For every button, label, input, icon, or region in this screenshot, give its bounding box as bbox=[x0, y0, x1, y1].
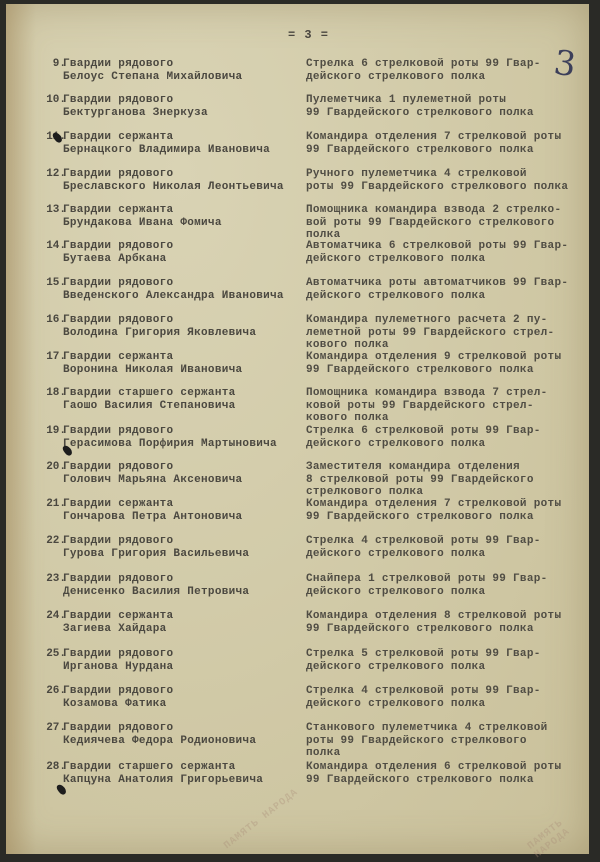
entry-role: Командира отделения 7 стрелковой роты 99… bbox=[306, 131, 586, 156]
entry-rank: Гвардии рядового bbox=[63, 94, 173, 106]
entry-name: Гурова Григория Васильевича bbox=[63, 548, 249, 560]
page-number: = 3 = bbox=[288, 28, 329, 42]
entry-role: Командира пулеметного расчета 2 пу- леме… bbox=[306, 314, 586, 352]
entry-number: 20. bbox=[34, 461, 66, 473]
entry-rank: Гвардии рядового bbox=[63, 425, 173, 437]
entry-name: Голович Марьяна Аксеновича bbox=[63, 474, 242, 486]
entry-name: Володина Григория Яковлевича bbox=[63, 327, 256, 339]
entry-number: 12. bbox=[34, 168, 66, 180]
entry-role: Снайпера 1 стрелковой роты 99 Гвар- дейс… bbox=[306, 573, 586, 598]
watermark: ПАМЯТЬ НАРОДА bbox=[526, 805, 589, 861]
watermark: ПАМЯТЬ НАРОДА bbox=[222, 787, 300, 852]
entry-rank: Гвардии рядового bbox=[63, 314, 173, 326]
entry-rank: Гвардии старшего сержанта bbox=[63, 761, 236, 773]
entry-name: Бреславского Николая Леонтьевича bbox=[63, 181, 284, 193]
entry-name: Белоус Степана Михайловича bbox=[63, 71, 242, 83]
entry-name: Бектурганова Знеркуза bbox=[63, 107, 208, 119]
entry-number: 28. bbox=[34, 761, 66, 773]
entry-role: Стрелка 4 стрелковой роты 99 Гвар- дейск… bbox=[306, 535, 586, 560]
entry-role: Командира отделения 6 стрелковой роты 99… bbox=[306, 761, 586, 786]
entry-role: Стрелка 5 стрелковой роты 99 Гвар- дейск… bbox=[306, 648, 586, 673]
entry-role: Заместителя командира отделения 8 стрелк… bbox=[306, 461, 586, 499]
entry-number: 18. bbox=[34, 387, 66, 399]
entry-rank: Гвардии рядового bbox=[63, 573, 173, 585]
document-page: = 3 = 3 9.Гвардии рядовогоБелоус Степана… bbox=[6, 4, 589, 854]
entry-role: Ручного пулеметчика 4 стрелковой роты 99… bbox=[306, 168, 586, 193]
entry-name: Загиева Хайдара bbox=[63, 623, 167, 635]
entry-role: Командира отделения 9 стрелковой роты 99… bbox=[306, 351, 586, 376]
entry-number: 21. bbox=[34, 498, 66, 510]
entry-rank: Гвардии рядового bbox=[63, 240, 173, 252]
entry-number: 24. bbox=[34, 610, 66, 622]
entry-rank: Гвардии рядового bbox=[63, 168, 173, 180]
entry-number: 9. bbox=[34, 58, 66, 70]
entry-name: Капцуна Анатолия Григорьевича bbox=[63, 774, 263, 786]
entry-rank: Гвардии сержанта bbox=[63, 610, 173, 622]
entry-role: Станкового пулеметчика 4 стрелковой роты… bbox=[306, 722, 586, 760]
entry-number: 13. bbox=[34, 204, 66, 216]
entry-role: Командира отделения 7 стрелковой роты 99… bbox=[306, 498, 586, 523]
entry-number: 26. bbox=[34, 685, 66, 697]
entry-role: Автоматчика 6 стрелковой роты 99 Гвар- д… bbox=[306, 240, 586, 265]
entry-role: Стрелка 4 стрелковой роты 99 Гвар- дейск… bbox=[306, 685, 586, 710]
entry-rank: Гвардии сержанта bbox=[63, 351, 173, 363]
entry-role: Помощника командира взвода 2 стрелко- во… bbox=[306, 204, 586, 242]
entry-number: 23. bbox=[34, 573, 66, 585]
entry-name: Герасимова Порфирия Мартыновича bbox=[63, 438, 277, 450]
entry-role: Пулеметчика 1 пулеметной роты 99 Гвардей… bbox=[306, 94, 586, 119]
entry-number: 17. bbox=[34, 351, 66, 363]
entry-rank: Гвардии рядового bbox=[63, 722, 173, 734]
entry-name: Брундакова Ивана Фомича bbox=[63, 217, 222, 229]
entry-number: 14. bbox=[34, 240, 66, 252]
entry-rank: Гвардии сержанта bbox=[63, 131, 173, 143]
entry-name: Гаошо Василия Степановича bbox=[63, 400, 236, 412]
entry-name: Кедиячева Федора Родионовича bbox=[63, 735, 256, 747]
entry-role: Помощника командира взвода 7 стрел- ково… bbox=[306, 387, 586, 425]
entry-number: 16. bbox=[34, 314, 66, 326]
entry-number: 15. bbox=[34, 277, 66, 289]
entry-rank: Гвардии рядового bbox=[63, 535, 173, 547]
entry-role: Командира отделения 8 стрелковой роты 99… bbox=[306, 610, 586, 635]
entry-number: 27. bbox=[34, 722, 66, 734]
entry-role: Стрелка 6 стрелковой роты 99 Гвар- дейск… bbox=[306, 58, 586, 83]
entry-number: 22. bbox=[34, 535, 66, 547]
entry-name: Козамова Фатика bbox=[63, 698, 167, 710]
entry-rank: Гвардии рядового bbox=[63, 277, 173, 289]
entry-name: Введенского Александра Ивановича bbox=[63, 290, 284, 302]
entry-rank: Гвардии старшего сержанта bbox=[63, 387, 236, 399]
entry-role: Автоматчика роты автоматчиков 99 Гвар- д… bbox=[306, 277, 586, 302]
entry-number: 25. bbox=[34, 648, 66, 660]
entry-name: Ирганова Нурдана bbox=[63, 661, 173, 673]
entry-rank: Гвардии рядового bbox=[63, 685, 173, 697]
entry-name: Бернацкого Владимира Ивановича bbox=[63, 144, 270, 156]
entry-name: Гончарова Петра Антоновича bbox=[63, 511, 242, 523]
entry-rank: Гвардии рядового bbox=[63, 461, 173, 473]
entry-name: Воронина Николая Ивановича bbox=[63, 364, 242, 376]
entry-number: 19. bbox=[34, 425, 66, 437]
entry-rank: Гвардии рядового bbox=[63, 58, 173, 70]
entry-rank: Гвардии сержанта bbox=[63, 204, 173, 216]
entry-rank: Гвардии рядового bbox=[63, 648, 173, 660]
entry-name: Денисенко Василия Петровича bbox=[63, 586, 249, 598]
entry-role: Стрелка 6 стрелковой роты 99 Гвар- дейск… bbox=[306, 425, 586, 450]
entry-name: Бутаева Арбкана bbox=[63, 253, 167, 265]
entry-rank: Гвардии сержанта bbox=[63, 498, 173, 510]
entry-number: 10. bbox=[34, 94, 66, 106]
